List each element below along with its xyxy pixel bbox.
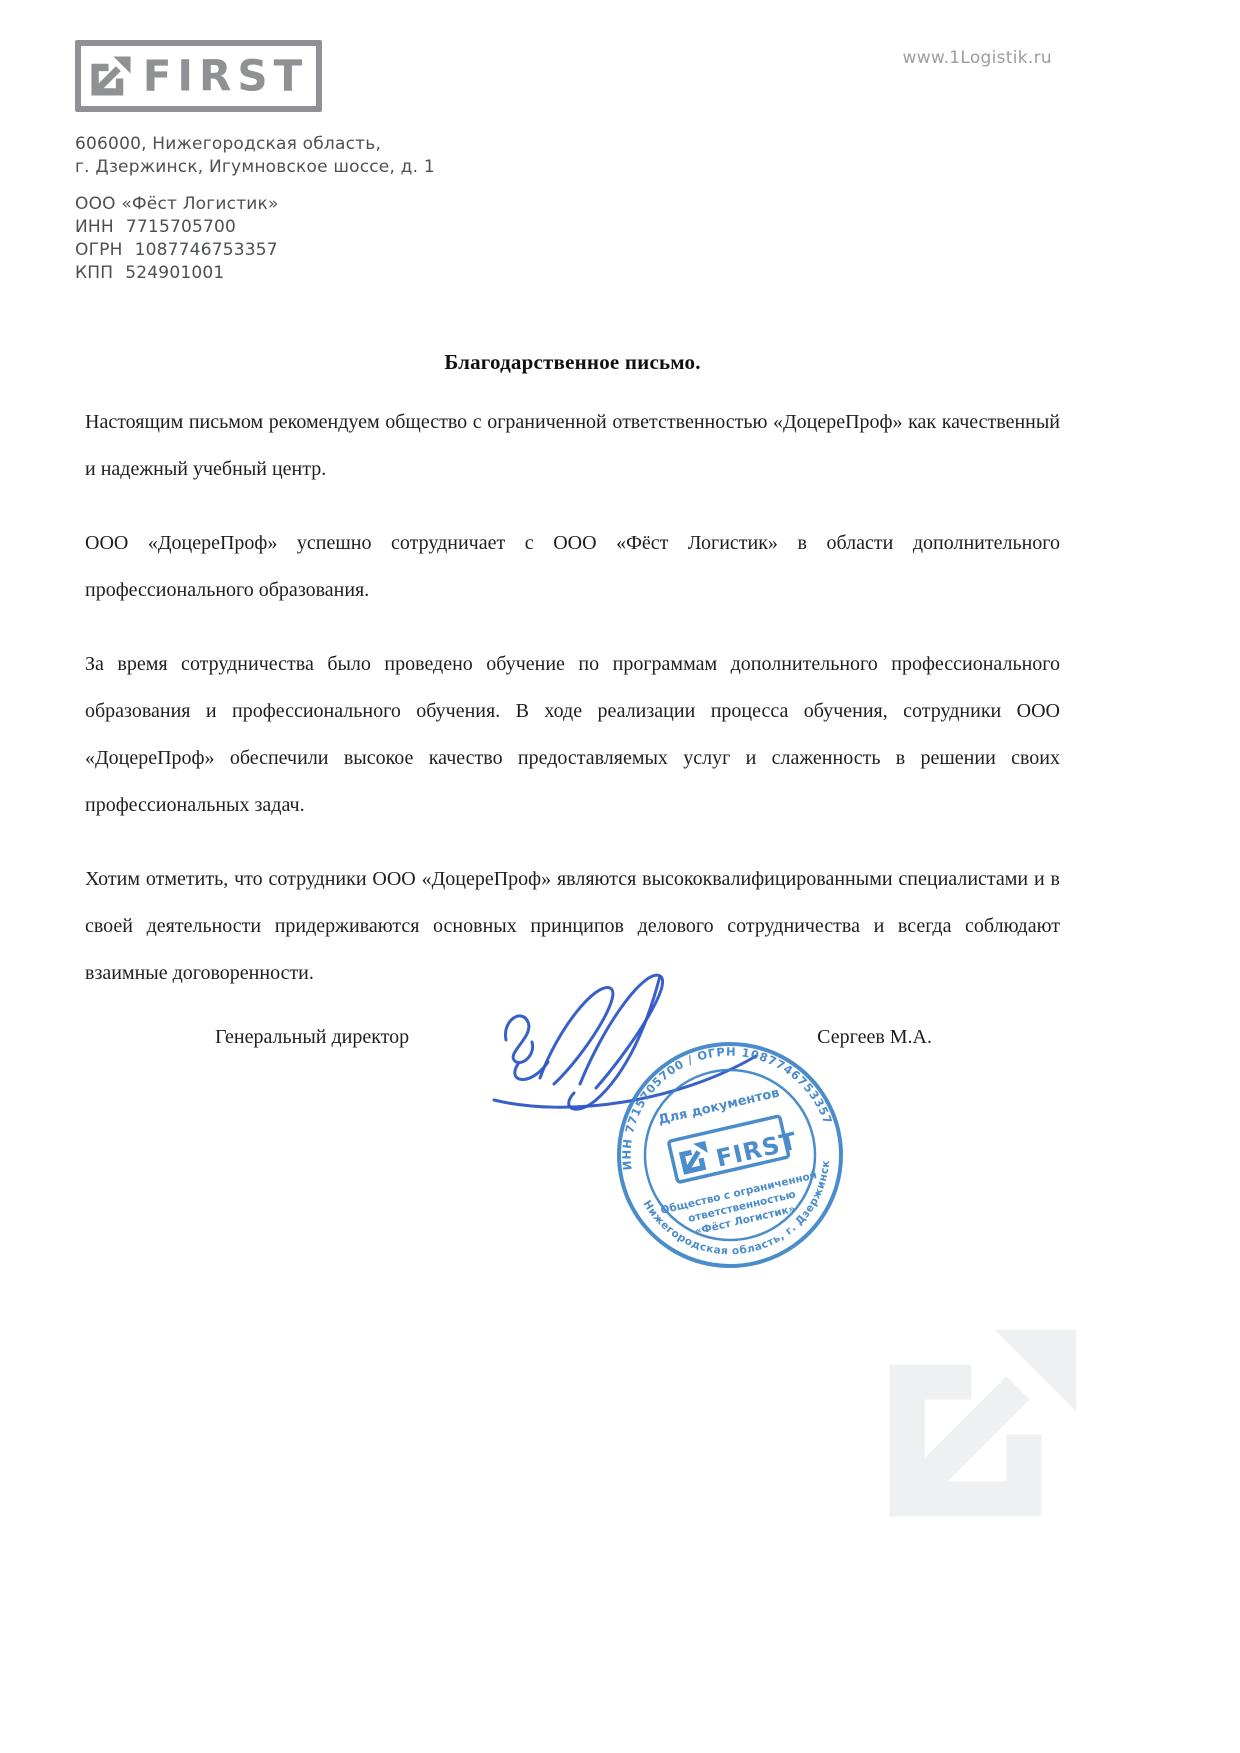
signer-position: Генеральный директор — [215, 1026, 409, 1049]
letter-body: Благодарственное письмо. Настоящим письм… — [85, 350, 1060, 1024]
registration-value: 7715705700 — [126, 217, 236, 237]
letter-paragraph: За время сотрудничества было проведено о… — [85, 641, 1060, 829]
letter-title: Благодарственное письмо. — [85, 350, 1060, 375]
stamp-logo: FIRST — [668, 1113, 800, 1182]
registration-row: ОГРН1087746753357 — [75, 239, 435, 262]
registration-value: 1087746753357 — [135, 240, 278, 260]
registration-label: ИНН — [75, 216, 114, 239]
watermark-arrow-icon — [878, 1318, 1088, 1528]
letter-paragraph: ООО «ДоцереПроф» успешно сотрудничает с … — [85, 520, 1060, 614]
registration-value: 524901001 — [125, 263, 224, 283]
registration-label: КПП — [75, 262, 113, 285]
address-line: 606000, Нижегородская область, — [75, 133, 435, 156]
address-line: г. Дзержинск, Игумновское шоссе, д. 1 — [75, 156, 435, 179]
registration-label: ОГРН — [75, 239, 123, 262]
first-logo-icon — [89, 54, 133, 98]
letter-page: FIRST www.1Logistik.ru 606000, Нижегород… — [0, 0, 1240, 1753]
registration-row: КПП524901001 — [75, 262, 435, 285]
company-stamp: ИНН 7715705700 / ОГРН 1087746753357 Ниже… — [598, 1023, 862, 1287]
registration-row: ИНН7715705700 — [75, 216, 435, 239]
letter-paragraph: Настоящим письмом рекомендуем общество с… — [85, 399, 1060, 493]
logo-text: FIRST — [143, 55, 309, 98]
company-name: ООО «Фёст Логистик» — [75, 193, 435, 216]
stamp-logo-icon — [678, 1141, 712, 1175]
company-logo: FIRST — [75, 40, 322, 112]
website-url: www.1Logistik.ru — [902, 48, 1052, 68]
sender-block: 606000, Нижегородская область, г. Дзержи… — [75, 133, 435, 299]
